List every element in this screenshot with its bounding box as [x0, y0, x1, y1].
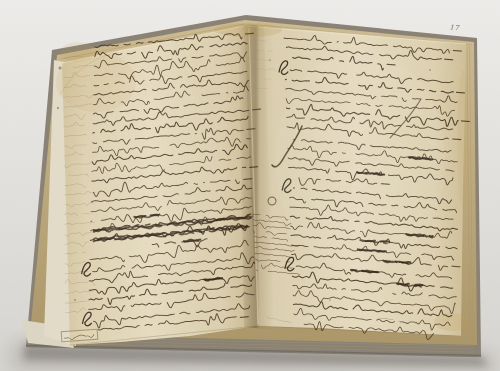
manuscript-photo: 17: [0, 0, 500, 371]
photo-grain: [0, 0, 500, 371]
annotation-scribble: [62, 330, 98, 341]
folio-number: 17: [450, 24, 461, 33]
manuscript-scene: [0, 0, 500, 371]
